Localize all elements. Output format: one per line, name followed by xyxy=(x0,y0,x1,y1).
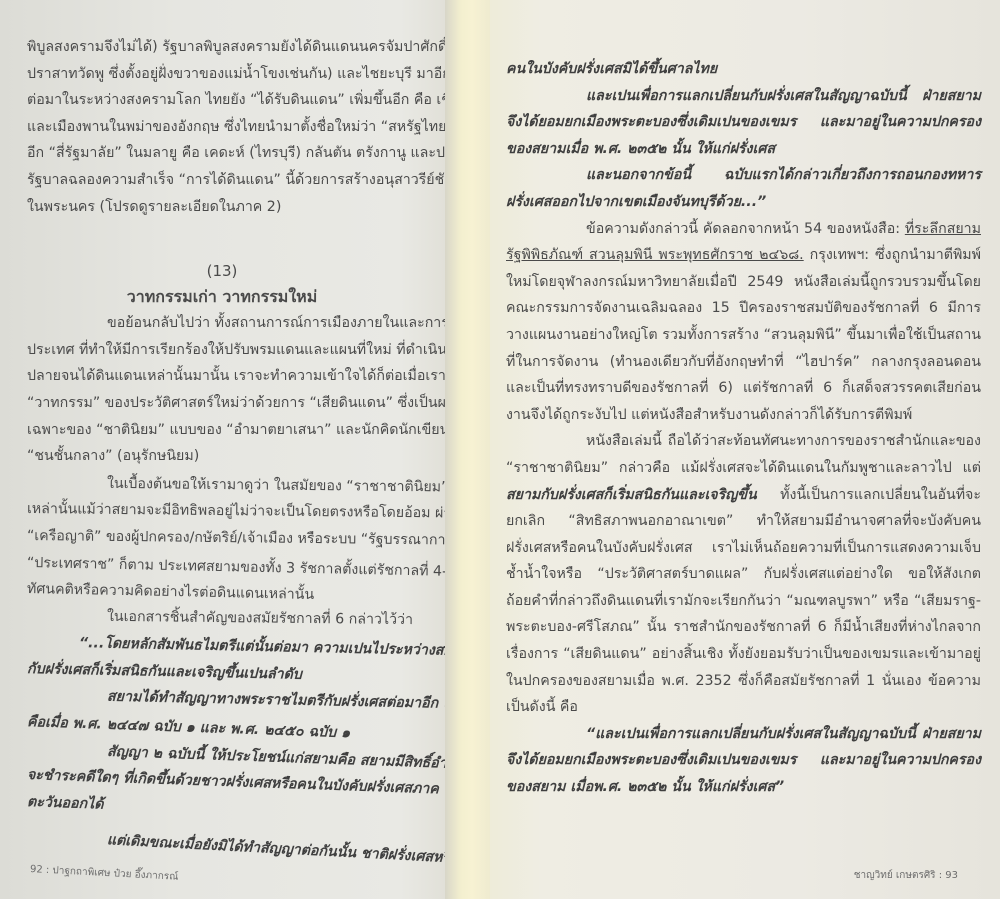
final-quote: “และเปนเพื่อการแลกเปลี่ยนกับฝรั่งเศสในสั… xyxy=(506,721,981,801)
text-line: “ชนชั้นกลาง” (อนุรักษนิยม) xyxy=(27,443,445,470)
text-line: “วาทกรรม” ของประวัติศาสตร์ใหม่ว่าด้วยการ… xyxy=(27,390,445,417)
page-footer-left: 92 : ปาฐกถาพิเศษ ป๋วย อึ๊งภากรณ์ xyxy=(30,862,179,885)
text-line: ต่อมาในระหว่างสงครามโลก ไทยยัง “ได้รับดิ… xyxy=(27,87,445,114)
book-gutter xyxy=(445,0,490,899)
text-line: เฉพาะของ “ชาตินิยม” แบบของ “อำมาตยาเสนา”… xyxy=(27,417,445,444)
source-paragraph: ข้อความดังกล่าวนี้ คัดลอกจากหน้า 54 ของห… xyxy=(506,216,981,429)
text-line: ปลายจนได้ดินแดนเหล่านั้นมานั้น เราจะทำคว… xyxy=(27,363,445,390)
source-intro: ข้อความดังกล่าวนี้ คัดลอกจากหน้า 54 ของห… xyxy=(586,221,905,237)
text-line: อีก “สี่รัฐมาลัย” ในมลายู คือ เคดะห์ (ไท… xyxy=(27,140,445,167)
text-line: ประเทศ ที่ทำให้มีการเรียกร้องให้ปรับพรมแ… xyxy=(27,337,445,364)
analysis-body: ทั้งนี้เป็นการแลกเปลี่ยนในอันที่จะยกเลิก… xyxy=(506,487,981,716)
quote-paragraph: และนอกจากข้อนี้ ฉบับแรกได้กล่าวเกี่ยวถึง… xyxy=(506,162,981,215)
text-line: ในพระนคร (โปรดดูรายละเอียดในภาค 2) xyxy=(27,194,445,221)
emphasis-text: สยามกับฝรั่งเศสก็เริ่มสนิธกันและเจริญขึ้… xyxy=(506,487,757,503)
right-page: คนในบังคับฝรั่งเศสมิได้ขึ้นศาลไทย และเปน… xyxy=(490,0,1000,899)
text-line: ในเอกสารชิ้นสำคัญของสมัยรัชกาลที่ 6 กล่า… xyxy=(27,603,445,634)
left-page: พิบูลสงครามจึงไม่ได้) รัฐบาลพิบูลสงครามย… xyxy=(0,0,445,899)
text-line: ขอย้อนกลับไปว่า ทั้งสถานการณ์การเมืองภาย… xyxy=(27,310,445,337)
text-line: ปราสาทวัดพู ซึ่งตั้งอยู่ฝั่งขวาของแม่น้ำ… xyxy=(27,61,445,88)
left-page-body: พิบูลสงครามจึงไม่ได้) รัฐบาลพิบูลสงครามย… xyxy=(27,34,445,850)
quote-line: คนในบังคับฝรั่งเศสมิได้ขึ้นศาลไทย xyxy=(506,56,981,83)
quote-paragraph: และเปนเพื่อการแลกเปลี่ยนกับฝรั่งเศสในสัญ… xyxy=(506,83,981,163)
text-line: พิบูลสงครามจึงไม่ได้) รัฐบาลพิบูลสงครามย… xyxy=(27,34,445,61)
right-page-body: คนในบังคับฝรั่งเศสมิได้ขึ้นศาลไทย และเปน… xyxy=(506,56,981,801)
section-number: (13) xyxy=(27,258,445,284)
page-footer-right: ชาญวิทย์ เกษตรศิริ : 93 xyxy=(854,868,958,883)
source-body: กรุงเทพฯ: ซึ่งถูกนำมาตีพิมพ์ใหม่โดยจุฬาล… xyxy=(506,247,981,423)
text-line: และเมืองพานในพม่าของอังกฤษ ซึ่งไทยนำมาตั… xyxy=(27,114,445,141)
analysis-intro: หนังสือเล่มนี้ ถือได้ว่าสะท้อนทัศนะทางกา… xyxy=(506,433,981,476)
text-line: รัฐบาลฉลองความสำเร็จ “การได้ดินแดน” นี้ด… xyxy=(27,167,445,194)
book-spread: พิบูลสงครามจึงไม่ได้) รัฐบาลพิบูลสงครามย… xyxy=(0,0,1000,899)
section-title: วาทกรรมเก่า วาทกรรมใหม่ xyxy=(27,284,445,310)
text-line: “เครือญาติ” ของผู้ปกครอง/กษัตริย์/เจ้าเม… xyxy=(27,523,445,554)
analysis-paragraph: หนังสือเล่มนี้ ถือได้ว่าสะท้อนทัศนะทางกา… xyxy=(506,428,981,721)
